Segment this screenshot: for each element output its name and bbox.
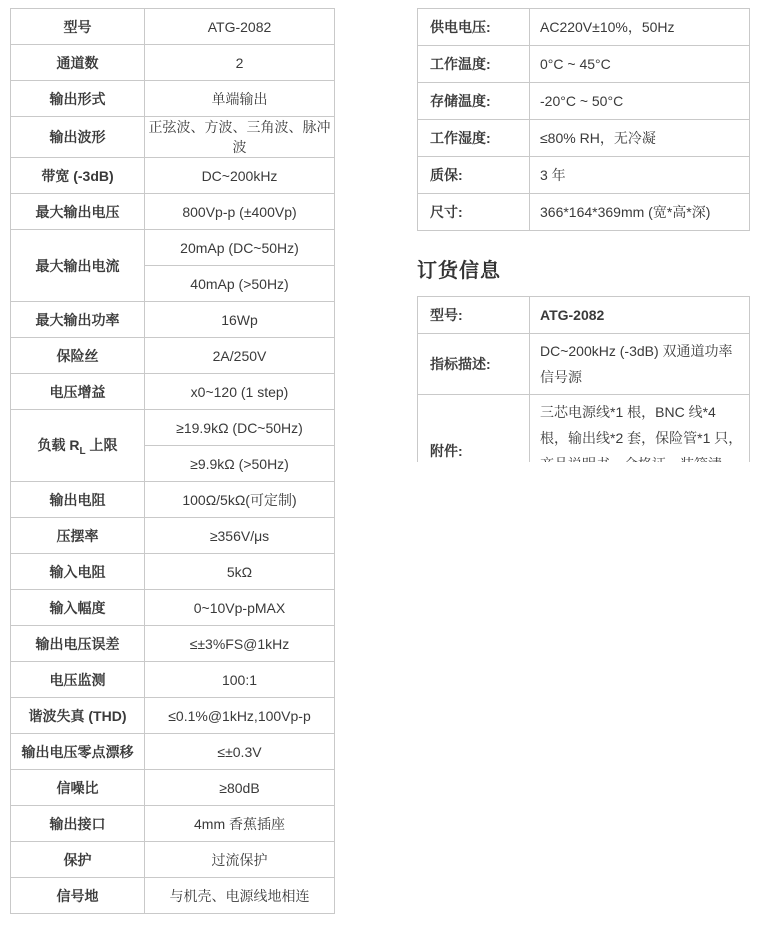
env-row-value: 0°C ~ 45°C <box>530 46 750 83</box>
spec-row-label: 电压增益 <box>11 374 145 410</box>
spec-row-label: 通道数 <box>11 45 145 81</box>
spec-row-value: 800Vp-p (±400Vp) <box>145 194 335 230</box>
ordering-info-heading: 订货信息 <box>417 254 750 283</box>
spec-row-value: ≤±0.3V <box>145 734 335 770</box>
spec-row-label: 输出电阻 <box>11 482 145 518</box>
table-row: 指标描述: DC~200kHz (-3dB) 双通道功率信号源 <box>418 334 750 395</box>
spec-row-value: ≤0.1%@1kHz,100Vp-p <box>145 698 335 734</box>
table-row: 负载 RL 上限 ≥19.9kΩ (DC~50Hz) <box>11 410 335 446</box>
table-row: 质保: 3 年 <box>418 157 750 194</box>
spec-row-value: 2A/250V <box>145 338 335 374</box>
table-row: 压摆率 ≥356V/μs <box>11 518 335 554</box>
ordering-table-clip: 型号: ATG-2082 指标描述: DC~200kHz (-3dB) 双通道功… <box>417 296 750 462</box>
spec-row-label: 电压监测 <box>11 662 145 698</box>
spec-row-label: 信号地 <box>11 878 145 914</box>
table-row: 最大输出功率 16Wp <box>11 302 335 338</box>
spec-row-label: 输入电阻 <box>11 554 145 590</box>
ordering-row-value: 三芯电源线*1 根，BNC 线*4 根，输出线*2 套，保险管*1 只，产品说明… <box>530 395 750 463</box>
spec-row-label: 最大输出功率 <box>11 302 145 338</box>
table-row: 输出波形 正弦波、方波、三角波、脉冲波 <box>11 117 335 158</box>
env-row-value: 3 年 <box>530 157 750 194</box>
table-row: 电压增益 x0~120 (1 step) <box>11 374 335 410</box>
ordering-row-value: DC~200kHz (-3dB) 双通道功率信号源 <box>530 334 750 395</box>
spec-row-value: DC~200kHz <box>145 158 335 194</box>
spec-row-value: ≥80dB <box>145 770 335 806</box>
table-row: 通道数 2 <box>11 45 335 81</box>
spec-row-label: 带宽 (-3dB) <box>11 158 145 194</box>
env-row-value: ≤80% RH，无冷凝 <box>530 120 750 157</box>
spec-row-value: x0~120 (1 step) <box>145 374 335 410</box>
spec-table: 型号 ATG-2082 通道数 2 输出形式 单端输出 输出波形 正弦波、方波、… <box>10 8 335 914</box>
spec-row-label: 输出接口 <box>11 806 145 842</box>
ordering-row-label: 型号: <box>418 297 530 334</box>
table-row: 保险丝 2A/250V <box>11 338 335 374</box>
spec-row-label: 输出波形 <box>11 117 145 158</box>
table-row: 输出接口 4mm 香蕉插座 <box>11 806 335 842</box>
ordering-row-label: 附件: <box>418 395 530 463</box>
right-column: 供电电压: AC220V±10%，50Hz 工作温度: 0°C ~ 45°C 存… <box>417 8 750 462</box>
table-row: 存储温度: -20°C ~ 50°C <box>418 83 750 120</box>
spec-row-label: 谐波失真 (THD) <box>11 698 145 734</box>
env-row-label: 存储温度: <box>418 83 530 120</box>
table-row: 输入电阻 5kΩ <box>11 554 335 590</box>
spec-row-value: 2 <box>145 45 335 81</box>
env-row-value: -20°C ~ 50°C <box>530 83 750 120</box>
spec-row-value: ≥9.9kΩ (>50Hz) <box>145 446 335 482</box>
table-row: 输出电压零点漂移 ≤±0.3V <box>11 734 335 770</box>
env-row-label: 尺寸: <box>418 194 530 231</box>
table-row: 最大输出电压 800Vp-p (±400Vp) <box>11 194 335 230</box>
env-row-label: 工作湿度: <box>418 120 530 157</box>
spec-row-value: 100:1 <box>145 662 335 698</box>
table-row: 附件: 三芯电源线*1 根，BNC 线*4 根，输出线*2 套，保险管*1 只，… <box>418 395 750 463</box>
table-row: 尺寸: 366*164*369mm (宽*高*深) <box>418 194 750 231</box>
spec-row-value: 40mAp (>50Hz) <box>145 266 335 302</box>
spec-row-label: 保护 <box>11 842 145 878</box>
spec-row-value: 100Ω/5kΩ(可定制) <box>145 482 335 518</box>
spec-row-value: 正弦波、方波、三角波、脉冲波 <box>145 117 335 158</box>
spec-row-value: 过流保护 <box>145 842 335 878</box>
ordering-row-label: 指标描述: <box>418 334 530 395</box>
spec-row-value: 16Wp <box>145 302 335 338</box>
load-label-prefix: 负载 R <box>38 437 80 453</box>
env-row-label: 质保: <box>418 157 530 194</box>
table-row: 工作温度: 0°C ~ 45°C <box>418 46 750 83</box>
table-row: 信号地 与机壳、电源线地相连 <box>11 878 335 914</box>
table-row: 型号: ATG-2082 <box>418 297 750 334</box>
env-row-value: AC220V±10%，50Hz <box>530 9 750 46</box>
spec-row-label: 信噪比 <box>11 770 145 806</box>
env-row-value: 366*164*369mm (宽*高*深) <box>530 194 750 231</box>
table-row: 电压监测 100:1 <box>11 662 335 698</box>
spec-row-label: 最大输出电流 <box>11 230 145 302</box>
spec-row-label: 型号 <box>11 9 145 45</box>
spec-row-value: 与机壳、电源线地相连 <box>145 878 335 914</box>
table-row: 输出电压误差 ≤±3%FS@1kHz <box>11 626 335 662</box>
table-row: 工作湿度: ≤80% RH，无冷凝 <box>418 120 750 157</box>
spec-row-label: 负载 RL 上限 <box>11 410 145 482</box>
spec-row-value: ≥356V/μs <box>145 518 335 554</box>
spec-row-value: ≤±3%FS@1kHz <box>145 626 335 662</box>
table-row: 保护 过流保护 <box>11 842 335 878</box>
spec-row-value: ATG-2082 <box>145 9 335 45</box>
load-label-suffix: 上限 <box>86 437 118 453</box>
spec-row-value: 4mm 香蕉插座 <box>145 806 335 842</box>
table-row: 型号 ATG-2082 <box>11 9 335 45</box>
spec-row-label: 保险丝 <box>11 338 145 374</box>
table-row: 谐波失真 (THD) ≤0.1%@1kHz,100Vp-p <box>11 698 335 734</box>
spec-row-label: 输出电压误差 <box>11 626 145 662</box>
spec-row-value: ≥19.9kΩ (DC~50Hz) <box>145 410 335 446</box>
env-row-label: 工作温度: <box>418 46 530 83</box>
spec-row-value: 20mAp (DC~50Hz) <box>145 230 335 266</box>
table-row: 供电电压: AC220V±10%，50Hz <box>418 9 750 46</box>
spec-row-label: 输入幅度 <box>11 590 145 626</box>
ordering-row-value: ATG-2082 <box>530 297 750 334</box>
spec-row-label: 输出形式 <box>11 81 145 117</box>
spec-row-label: 压摆率 <box>11 518 145 554</box>
table-row: 输出形式 单端输出 <box>11 81 335 117</box>
env-table: 供电电压: AC220V±10%，50Hz 工作温度: 0°C ~ 45°C 存… <box>417 8 750 231</box>
spec-row-label: 最大输出电压 <box>11 194 145 230</box>
table-row: 输入幅度 0~10Vp-pMAX <box>11 590 335 626</box>
ordering-table: 型号: ATG-2082 指标描述: DC~200kHz (-3dB) 双通道功… <box>417 296 750 462</box>
spec-row-value: 0~10Vp-pMAX <box>145 590 335 626</box>
table-row: 带宽 (-3dB) DC~200kHz <box>11 158 335 194</box>
env-row-label: 供电电压: <box>418 9 530 46</box>
table-row: 输出电阻 100Ω/5kΩ(可定制) <box>11 482 335 518</box>
spec-row-label: 输出电压零点漂移 <box>11 734 145 770</box>
table-row: 最大输出电流 20mAp (DC~50Hz) <box>11 230 335 266</box>
table-row: 信噪比 ≥80dB <box>11 770 335 806</box>
spec-row-value: 单端输出 <box>145 81 335 117</box>
spec-row-value: 5kΩ <box>145 554 335 590</box>
